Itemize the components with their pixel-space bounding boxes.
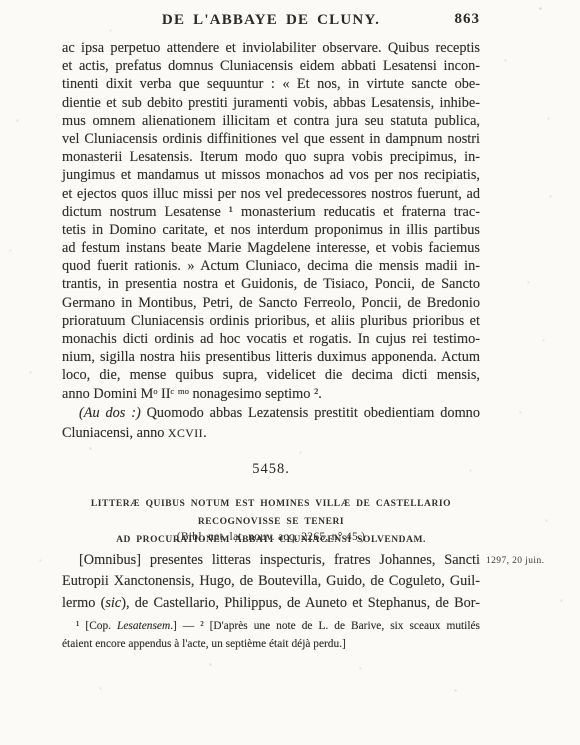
text-line: et ejectos quos illuc missi per nos vel …: [62, 185, 480, 203]
act-number: 5458.: [62, 461, 480, 478]
text-line: vel Cluniacensis ordinis diffinitiones v…: [62, 130, 480, 148]
text-line: loco, die, mense quibus supra, videlicet…: [62, 366, 480, 384]
footnote-text: ¹ [Cop.: [76, 620, 117, 632]
body-text: ), de Castellario, Philippus, de Auneto …: [121, 595, 480, 611]
au-dos-note: (Au dos :) Quomodo abbas Lezatensis pres…: [62, 404, 480, 443]
text-line: anno Domini Mᵒ IIᶜ ᵐᵒ nonagesimo septimo…: [62, 385, 480, 403]
act-5458-paragraph: [Omnibus] presentes litteras inspecturis…: [62, 550, 480, 614]
text-line: [Omnibus] presentes litteras inspecturis…: [62, 550, 480, 571]
text-line: Eutropii Xanctonensis, Hugo, de Boutevil…: [62, 571, 480, 592]
text-line: dictum nostrum Lesatense ¹ monasterium r…: [62, 203, 480, 221]
act-title-line: LITTERÆ QUIBUS NOTUM EST HOMINES VILLÆ D…: [62, 495, 480, 531]
text-line: (Au dos :) Quomodo abbas Lezatensis pres…: [62, 404, 480, 424]
text-line: tinenti dixit verba que sequuntur : « Et…: [62, 75, 480, 93]
text-line: dientie et sub debito prestiti juramenti…: [62, 94, 480, 112]
text-line: ad festum instans beate Marie Magdelene …: [62, 239, 480, 257]
year-smallcaps: XCVII: [168, 427, 203, 440]
source-reference: (Bibl. nat. lat. nouv. acq. 2265, n° 45.…: [62, 531, 480, 543]
text-line: et actis, prefatus domnus Cluniacensis e…: [62, 57, 480, 75]
text-line: lermo (sic), de Castellario, Philippus, …: [62, 593, 480, 614]
text-line: mus omnem alienationem illicitam et cont…: [62, 112, 480, 130]
footnote-line: étaient encore appendus à l'acte, un sep…: [62, 635, 480, 653]
text-line: Germano in Montibus, Petri, de Sancto Fe…: [62, 294, 480, 312]
text-line: jungimus et mandamus ut missos monachos …: [62, 166, 480, 184]
text-line: ac ipsa perpetuo attendere et inviolabil…: [62, 39, 480, 57]
text-line: Cluniacensi, anno XCVII.: [62, 424, 480, 444]
au-dos-text: Quomodo abbas Lezatensis prestitit obedi…: [141, 405, 480, 421]
margin-date: 1297, 20 juin.: [486, 556, 576, 566]
text-line: nium, sigilla nostra hiis presentibus li…: [62, 348, 480, 366]
act-body-paragraph: ac ipsa perpetuo attendere et inviolabil…: [62, 39, 480, 403]
footnote-text: .] — ² [D'après une note de L. de Barive…: [170, 620, 480, 632]
scan-noise: [0, 0, 1, 1]
text-line: quod fuerit rationis. » Actum Cluniaco, …: [62, 257, 480, 275]
footnotes: ¹ [Cop. Lesatensem.] — ² [D'après une no…: [62, 617, 480, 653]
scanned-book-page: DE L'ABBAYE DE CLUNY. 863 ac ipsa perpet…: [0, 0, 580, 745]
text-line: monasterii Lesatensis. Iterum modo quo s…: [62, 148, 480, 166]
running-header: DE L'ABBAYE DE CLUNY. 863: [62, 11, 480, 31]
text-line: prioratuum Cluniacensis ordinis prioribu…: [62, 312, 480, 330]
au-dos-text: .: [203, 425, 207, 441]
body-text: lermo (: [62, 595, 105, 611]
text-line: trantis, in presentia nostra et Guidonis…: [62, 275, 480, 293]
header-title: DE L'ABBAYE DE CLUNY.: [162, 12, 380, 28]
text-line: tetis in Domino caritate, et nos interdu…: [62, 221, 480, 239]
page-number: 863: [455, 11, 481, 28]
au-dos-label: (Au dos :): [79, 405, 141, 421]
sic-italic: sic: [105, 595, 121, 611]
footnote-line: ¹ [Cop. Lesatensem.] — ² [D'après une no…: [62, 617, 480, 635]
au-dos-text: Cluniacensi, anno: [62, 425, 168, 441]
text-line: monachis dicti ordinis ad hoc vocatis et…: [62, 330, 480, 348]
footnote-italic: Lesatensem: [117, 620, 170, 632]
